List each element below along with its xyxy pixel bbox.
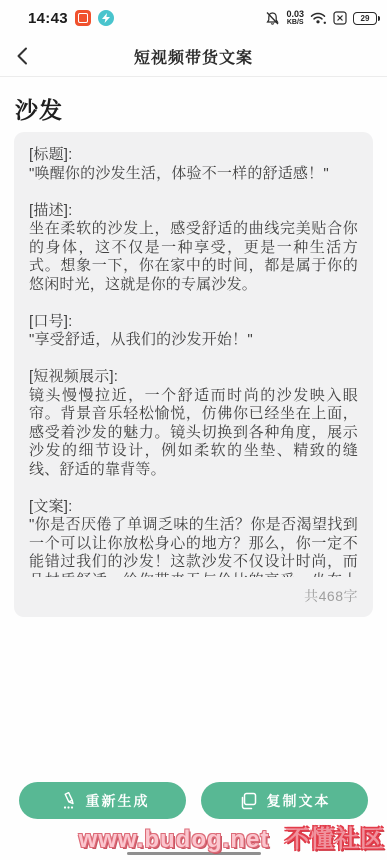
result-card: [标题]: "唤醒你的沙发生活，体验不一样的舒适感！" [描述]: 坐在柔软的沙…: [14, 132, 373, 617]
battery-icon: 29: [353, 12, 377, 25]
battery-level: 29: [361, 14, 370, 23]
network-speed-value: 0.03: [286, 10, 304, 19]
section-text: "唤醒你的沙发生活，体验不一样的舒适感！": [29, 165, 358, 184]
section-copywriting: [文案]: "你是否厌倦了单调乏味的生活？你是否渴望找到一个可以让你放松身心的地…: [29, 498, 358, 578]
network-speed: 0.03 KB/S: [286, 10, 304, 26]
app-logo-glyph: [78, 13, 88, 23]
section-video-showcase: [短视频展示]: 镜头慢慢拉近，一个舒适而时尚的沙发映入眼帘。背景音乐轻松愉悦，…: [29, 368, 358, 479]
sim-missing-icon: [333, 11, 347, 25]
regenerate-button[interactable]: 重新生成: [19, 782, 186, 819]
section-label: [标题]:: [29, 146, 358, 165]
app-notification-icon-teal: [98, 10, 114, 26]
section-label: [短视频展示]:: [29, 368, 358, 387]
pencil-icon: [56, 792, 76, 810]
section-description: [描述]: 坐在柔软的沙发上，感受舒适的曲线完美贴合你的身体，这不仅是一种享受，…: [29, 202, 358, 295]
section-label: [文案]:: [29, 498, 358, 517]
status-time: 14:43: [28, 10, 68, 27]
action-bar: 重新生成 复制文本: [0, 782, 387, 819]
section-text: 镜头慢慢拉近，一个舒适而时尚的沙发映入眼帘。背景音乐轻松愉悦，仿佛你已经坐在上面…: [29, 387, 358, 480]
copy-button[interactable]: 复制文本: [201, 782, 368, 819]
section-label: [口号]:: [29, 313, 358, 332]
back-button[interactable]: [12, 45, 34, 67]
word-count: 共468字: [29, 586, 358, 606]
watermark: www.budog.net 不懂社区: [79, 819, 385, 854]
wifi-icon: [310, 11, 327, 25]
status-bar-left: 14:43: [28, 10, 114, 27]
copy-text-container: [标题]: "唤醒你的沙发生活，体验不一样的舒适感！" [描述]: 坐在柔软的沙…: [29, 146, 358, 577]
bell-muted-icon: [265, 11, 280, 26]
screen: 14:43 0.03 KB/S: [0, 0, 387, 860]
section-text: 坐在柔软的沙发上，感受舒适的曲线完美贴合你的身体，这不仅是一种享受，更是一种生活…: [29, 220, 358, 294]
status-bar: 14:43 0.03 KB/S: [0, 0, 387, 36]
network-speed-unit: KB/S: [287, 19, 304, 26]
section-title: [标题]: "唤醒你的沙发生活，体验不一样的舒适感！": [29, 146, 358, 183]
status-bar-right: 0.03 KB/S 29: [265, 10, 377, 26]
regenerate-label: 重新生成: [86, 791, 150, 811]
bolt-icon: [102, 13, 110, 23]
app-notification-icon-orange: [75, 10, 91, 26]
copy-label: 复制文本: [267, 791, 331, 811]
product-title: 沙发: [15, 92, 63, 125]
section-slogan: [口号]: "享受舒适，从我们的沙发开始！": [29, 313, 358, 350]
watermark-url: www.budog.net: [79, 826, 270, 853]
header: 短视频带货文案: [0, 36, 387, 77]
section-label: [描述]:: [29, 202, 358, 221]
copy-icon: [239, 792, 257, 810]
watermark-community: 不懂社区: [285, 826, 385, 853]
section-text: "享受舒适，从我们的沙发开始！": [29, 331, 358, 350]
page-title: 短视频带货文案: [134, 45, 253, 68]
section-text: "你是否厌倦了单调乏味的生活？你是否渴望找到一个可以让你放松身心的地方？那么，你…: [29, 516, 358, 577]
